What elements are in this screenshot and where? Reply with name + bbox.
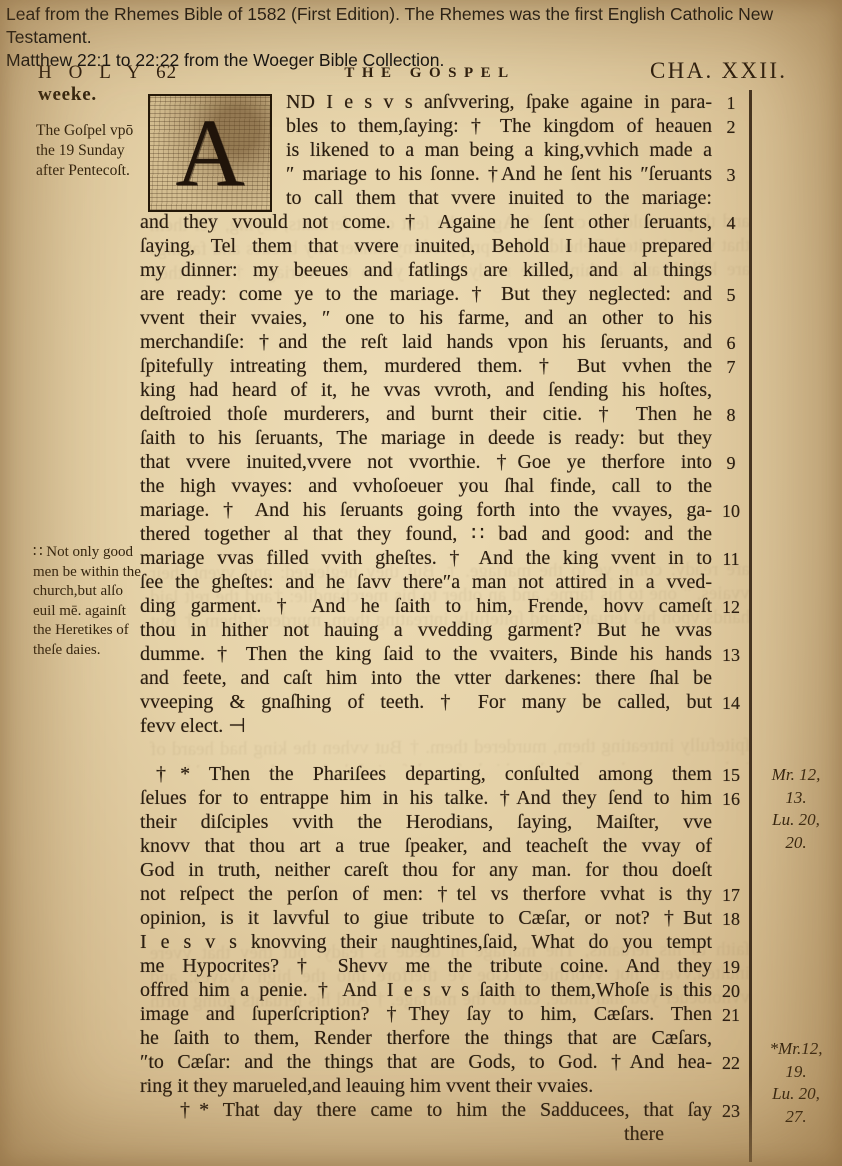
verse-number: 1 (714, 91, 748, 115)
margin-ref-mark-luke-2: *Mr.12,19.Lu. 20,27. (757, 1038, 835, 1128)
margin-note-heretikes: ∷ Not only good men be within the church… (33, 543, 143, 660)
verse-number: 7 (714, 355, 748, 379)
margin-ref-line: Lu. 20, (757, 809, 835, 832)
text-line: mariage vvas filled vvith gheſtes. † And… (140, 546, 750, 570)
margin-ref-mark-luke-1: Mr. 12,13.Lu. 20,20. (757, 764, 835, 854)
verse-number: 5 (714, 283, 748, 307)
line-text: thered together al that they found, ∷ ba… (140, 522, 712, 546)
margin-note-gospel: The Goſpel vpō the 19 Sunday after Pente… (36, 121, 142, 181)
drop-cap-letter: A (175, 105, 244, 201)
text-line: the high vvayes: and vvhoſoeuer you ſhal… (140, 474, 750, 498)
verse-number: 14 (714, 691, 748, 715)
scanned-bible-leaf: and they vvould not come. † Againe he ſe… (0, 0, 842, 1166)
line-text: thou in hither not hauing a vvedding gar… (140, 618, 712, 642)
text-line: and they vvould not come. † Againe he ſe… (140, 210, 750, 234)
page-number: 62 (156, 62, 177, 83)
line-text: ding garment. † And he ſaith to him, Fre… (140, 594, 712, 618)
text-line: mariage. † And his ſeruants going forth … (140, 498, 750, 522)
line-text: ſee the gheſtes: and he ſavv there″a man… (140, 570, 712, 594)
text-line: there (140, 1122, 750, 1146)
verse-number: 11 (714, 547, 748, 571)
text-line: vvent their vvaies, ″ one to his farme, … (140, 306, 750, 330)
line-text: their diſciples vvith the Herodians, ſay… (140, 810, 712, 834)
verse-number: 18 (714, 907, 748, 931)
line-text: not reſpect the perſon of men: †tel vs t… (140, 882, 712, 906)
line-text: ſpitefully intreating them, murdered the… (140, 354, 712, 378)
text-line: ſaith to his ſeruants, The mariage in de… (140, 426, 750, 450)
text-line: ſelues for to entrappe him in his talke.… (140, 786, 750, 810)
margin-ref-line: Lu. 20, (757, 1083, 835, 1106)
text-line: thered together al that they found, ∷ ba… (140, 522, 750, 546)
header-holy: H O L Y (38, 62, 146, 83)
line-text: fevv elect. ⊣ (140, 714, 712, 738)
line-text: I e s v s knovving their naughtines,ſaid… (140, 930, 712, 954)
text-line: he ſaith to them, Render therfore the th… (140, 1026, 750, 1050)
running-header-chapter: CHA. XXII. (650, 58, 787, 84)
verse-number: 12 (714, 595, 748, 619)
running-header-left: H O L Y62 (38, 62, 177, 84)
paragraph-sadducees: †* That day there came to him the Sadduc… (140, 1098, 750, 1146)
line-text: knovv that thou art a true ſpeaker, and … (140, 834, 712, 858)
text-line: not reſpect the perſon of men: †tel vs t… (140, 882, 750, 906)
line-text: are ready: come ye to the mariage. † But… (140, 282, 712, 306)
text-line: king had heard of it, he vvas vvroth, an… (140, 378, 750, 402)
verse-number: 20 (714, 979, 748, 1003)
woodcut-initial-A: A (148, 94, 272, 212)
text-line: merchandiſe: †and the reſt laid hands vp… (140, 330, 750, 354)
verse-number: 23 (714, 1099, 748, 1123)
text-line: †* Then the Phariſees departing, conſult… (140, 762, 750, 786)
line-text: vvent their vvaies, ″ one to his farme, … (140, 306, 712, 330)
text-line: are ready: come ye to the mariage. † But… (140, 282, 750, 306)
text-line: ſee the gheſtes: and he ſavv there″a man… (140, 570, 750, 594)
line-text: opinion, is it lavvful to giue tribute t… (140, 906, 712, 930)
line-text: ſaith to his ſeruants, The mariage in de… (140, 426, 712, 450)
line-text: mariage. † And his ſeruants going forth … (140, 498, 712, 522)
line-text: king had heard of it, he vvas vvroth, an… (140, 378, 712, 402)
line-text: dumme. † Then the king ſaid to the vvait… (140, 642, 712, 666)
caption-line-1: Leaf from the Rhemes Bible of 1582 (Firs… (6, 3, 842, 49)
line-text: †* That day there came to him the Sadduc… (140, 1098, 712, 1122)
line-text: and feete, and caſt him into the vtter d… (140, 666, 712, 690)
line-text: God in truth, neither careſt thou for an… (140, 858, 712, 882)
line-text: the high vvayes: and vvhoſoeuer you ſhal… (140, 474, 712, 498)
text-line: fevv elect. ⊣ (140, 714, 750, 738)
line-text: ſelues for to entrappe him in his talke.… (140, 786, 712, 810)
text-line: ſpitefully intreating them, murdered the… (140, 354, 750, 378)
line-text: deſtroied thoſe murderers, and burnt the… (140, 402, 712, 426)
text-line: deſtroied thoſe murderers, and burnt the… (140, 402, 750, 426)
verse-number: 10 (714, 499, 748, 523)
text-line: me Hypocrites? † Shevv me the tribute co… (140, 954, 750, 978)
line-text: that vvere inuited,vvere not vvorthie. †… (140, 450, 712, 474)
verse-number: 17 (714, 883, 748, 907)
text-line: ſaying, Tel them that vvere inuited, Beh… (140, 234, 750, 258)
text-line: and feete, and caſt him into the vtter d… (140, 666, 750, 690)
verse-number: 4 (714, 211, 748, 235)
text-line: offred him a penie. † And I e s v s ſait… (140, 978, 750, 1002)
text-line: their diſciples vvith the Herodians, ſay… (140, 810, 750, 834)
line-text: ſaying, Tel them that vvere inuited, Beh… (140, 234, 712, 258)
text-line: opinion, is it lavvful to giue tribute t… (140, 906, 750, 930)
verse-number: 3 (714, 163, 748, 187)
margin-ref-line: 13. (757, 787, 835, 810)
margin-ref-line: Mr. 12, (757, 764, 835, 787)
verse-number: 8 (714, 403, 748, 427)
margin-ref-line: 20. (757, 832, 835, 855)
text-line: dumme. † Then the king ſaid to the vvait… (140, 642, 750, 666)
line-text: there (140, 1122, 712, 1146)
line-text: offred him a penie. † And I e s v s ſait… (140, 978, 712, 1002)
line-text: image and ſuperſcription? †They ſay to h… (140, 1002, 712, 1026)
text-line: I e s v s knovving their naughtines,ſaid… (140, 930, 750, 954)
line-text: ring it they marueled,and leauing him vv… (140, 1074, 712, 1098)
paragraph-tribute: †* Then the Phariſees departing, conſult… (140, 762, 750, 1098)
line-text: merchandiſe: †and the reſt laid hands vp… (140, 330, 712, 354)
line-text: ″to Cæſar: and the things that are Gods,… (140, 1050, 712, 1074)
verse-number: 16 (714, 787, 748, 811)
line-text: my dinner: my beeues and fatlings are ki… (140, 258, 712, 282)
text-line: my dinner: my beeues and fatlings are ki… (140, 258, 750, 282)
margin-note-weeke: weeke. (38, 84, 97, 106)
text-line: God in truth, neither careſt thou for an… (140, 858, 750, 882)
text-line: image and ſuperſcription? †They ſay to h… (140, 1002, 750, 1026)
verse-number: 21 (714, 1003, 748, 1027)
margin-ref-line: 27. (757, 1106, 835, 1129)
verse-number: 15 (714, 763, 748, 787)
margin-ref-line: 19. (757, 1061, 835, 1084)
text-line: that vvere inuited,vvere not vvorthie. †… (140, 450, 750, 474)
text-line: ding garment. † And he ſaith to him, Fre… (140, 594, 750, 618)
margin-ref-line: *Mr.12, (757, 1038, 835, 1061)
text-line: vveeping & gnaſhing of teeth. † For many… (140, 690, 750, 714)
text-line: ring it they marueled,and leauing him vv… (140, 1074, 750, 1098)
text-line: thou in hither not hauing a vvedding gar… (140, 618, 750, 642)
line-text: me Hypocrites? † Shevv me the tribute co… (140, 954, 712, 978)
running-header-center: THE GOSPEL (290, 65, 570, 82)
verse-number: 9 (714, 451, 748, 475)
main-text-column: ND I e s v s anſvvering, ſpake againe in… (140, 90, 750, 1146)
line-text: he ſaith to them, Render therfore the th… (140, 1026, 712, 1050)
text-line: knovv that thou art a true ſpeaker, and … (140, 834, 750, 858)
verse-number: 2 (714, 115, 748, 139)
text-line: †* That day there came to him the Sadduc… (140, 1098, 750, 1122)
verse-number: 13 (714, 643, 748, 667)
line-text: vveeping & gnaſhing of teeth. † For many… (140, 690, 712, 714)
text-line: ″to Cæſar: and the things that are Gods,… (140, 1050, 750, 1074)
verse-number: 19 (714, 955, 748, 979)
line-text: †* Then the Phariſees departing, conſult… (140, 762, 712, 786)
line-text: and they vvould not come. † Againe he ſe… (140, 210, 712, 234)
verse-number: 22 (714, 1051, 748, 1075)
verse-number: 6 (714, 331, 748, 355)
line-text: mariage vvas filled vvith gheſtes. † And… (140, 546, 712, 570)
